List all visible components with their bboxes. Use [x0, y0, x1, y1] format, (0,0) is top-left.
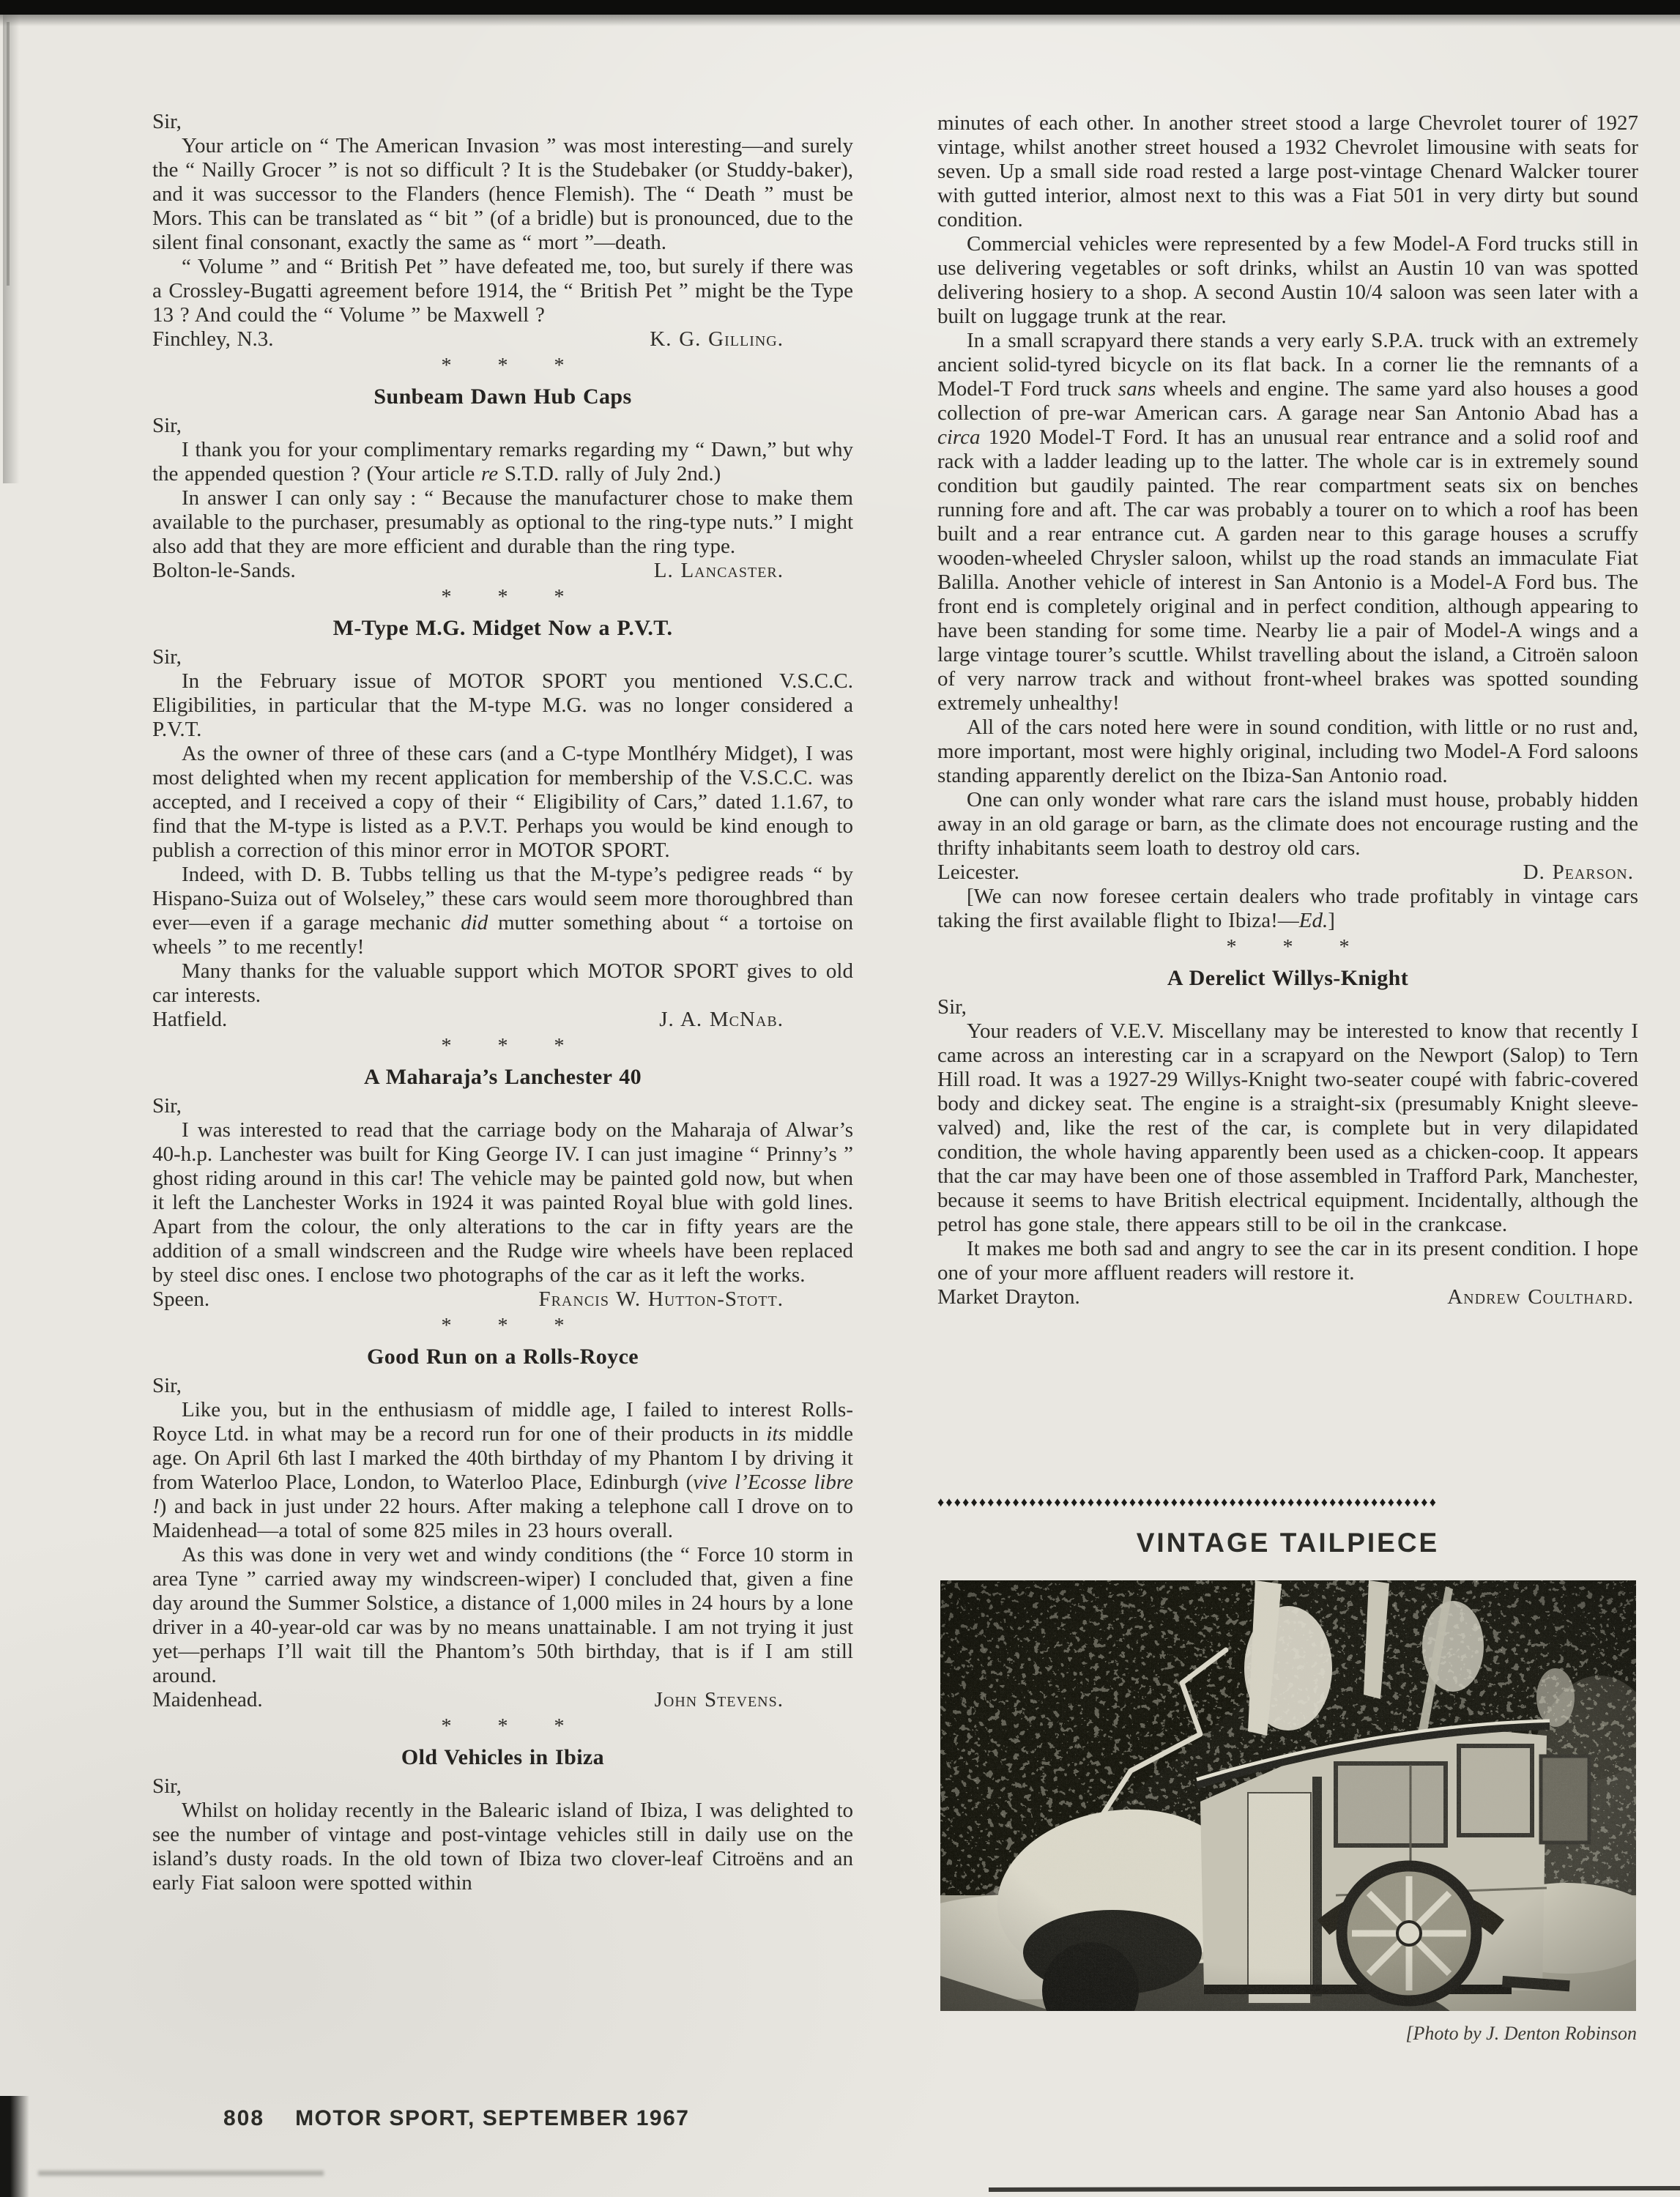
signature-place: Maidenhead.: [152, 1688, 263, 1712]
photo-vignette: [940, 1580, 1636, 2011]
signature-place: Market Drayton.: [937, 1285, 1080, 1309]
letter-paragraph: In the February issue of MOTOR SPORT you…: [152, 669, 853, 742]
salutation: Sir,: [152, 1374, 853, 1398]
letter-paragraph: In a small scrapyard there stands a very…: [937, 329, 1638, 715]
scan-bottom-streak: [38, 2171, 324, 2176]
stars-separator: * * *: [152, 1036, 853, 1057]
magazine-page: Sir, Your article on “ The American Inva…: [0, 0, 1680, 2197]
vintage-tailpiece-section: ♦♦♦♦♦♦♦♦♦♦♦♦♦♦♦♦♦♦♦♦♦♦♦♦♦♦♦♦♦♦♦♦♦♦♦♦♦♦♦♦…: [937, 1495, 1638, 2045]
stars-separator: * * *: [937, 937, 1638, 959]
letter-coulthard: A Derelict Willys-Knight Sir, Your reade…: [937, 966, 1638, 1309]
letter-paragraph: Your readers of V.E.V. Miscellany may be…: [937, 1019, 1638, 1237]
letter-heading: A Derelict Willys-Knight: [937, 966, 1638, 990]
letter-paragraph: Commercial vehicles were represented by …: [937, 232, 1638, 329]
letter-heading: M-Type M.G. Midget Now a P.V.T.: [152, 616, 853, 640]
signature-place: Finchley, N.3.: [152, 327, 274, 352]
letter-paragraph: I thank you for your complimentary remar…: [152, 438, 853, 486]
scan-bottom-right-line: [989, 2186, 1680, 2192]
salutation: Sir,: [152, 645, 853, 669]
signature-row: Bolton-le-Sands. L. Lancaster.: [152, 559, 853, 583]
letter-paragraph: Whilst on holiday recently in the Balear…: [152, 1799, 853, 1895]
letter-paragraph: I was interested to read that the carria…: [152, 1118, 853, 1287]
tailpiece-title: VINTAGE TAILPIECE: [937, 1528, 1638, 1558]
letter-paragraph: It makes me both sad and angry to see th…: [937, 1237, 1638, 1285]
signature-name: J. A. McNab.: [659, 1008, 784, 1032]
letter-heading: Sunbeam Dawn Hub Caps: [152, 384, 853, 409]
scan-top-bar-shadow: [0, 15, 1680, 26]
letter-ibiza-continuation: minutes of each other. In another street…: [937, 111, 1638, 933]
letter-mcnab: M-Type M.G. Midget Now a P.V.T. Sir, In …: [152, 616, 853, 1032]
letter-gilling: Sir, Your article on “ The American Inva…: [152, 110, 853, 352]
photo-caption: [Photo by J. Denton Robinson: [937, 2023, 1638, 2045]
stars-separator: * * *: [152, 1315, 853, 1337]
editor-note: [We can now foresee certain dealers who …: [937, 885, 1638, 933]
scan-top-bar: [0, 0, 1680, 15]
stars-separator: * * *: [152, 355, 853, 377]
letter-paragraph: “ Volume ” and “ British Pet ” have defe…: [152, 255, 853, 327]
letter-paragraph: As the owner of three of these cars (and…: [152, 742, 853, 863]
letter-paragraph: One can only wonder what rare cars the i…: [937, 788, 1638, 860]
letter-paragraph: minutes of each other. In another street…: [937, 111, 1638, 232]
salutation: Sir,: [937, 995, 1638, 1019]
magazine-title: MOTOR SPORT, SEPTEMBER 1967: [295, 2106, 689, 2131]
stars-separator: * * *: [152, 587, 853, 609]
signature-name: John Stevens.: [655, 1688, 784, 1712]
stars-separator: * * *: [152, 1716, 853, 1738]
signature-place: Speen.: [152, 1287, 209, 1312]
tailpiece-photo: [940, 1580, 1636, 2011]
letter-hutton-stott: A Maharaja’s Lanchester 40 Sir, I was in…: [152, 1065, 853, 1312]
signature-row: Speen. Francis W. Hutton-Stott.: [152, 1287, 853, 1312]
left-column: Sir, Your article on “ The American Inva…: [152, 110, 853, 1895]
salutation: Sir,: [152, 1094, 853, 1118]
page-number: 808: [223, 2106, 264, 2131]
signature-row: Finchley, N.3. K. G. Gilling.: [152, 327, 853, 352]
letter-paragraph: Indeed, with D. B. Tubbs telling us that…: [152, 863, 853, 959]
letter-paragraph: Like you, but in the enthusiasm of middl…: [152, 1398, 853, 1543]
signature-row: Leicester. D. Pearson.: [937, 860, 1638, 885]
signature-name: D. Pearson.: [1523, 860, 1634, 885]
letter-paragraph: Many thanks for the valuable support whi…: [152, 959, 853, 1008]
signature-name: L. Lancaster.: [654, 559, 784, 583]
right-column: minutes of each other. In another street…: [937, 111, 1638, 1309]
salutation: Sir,: [152, 1774, 853, 1799]
signature-row: Hatfield. J. A. McNab.: [152, 1008, 853, 1032]
letter-paragraph: Your article on “ The American Invasion …: [152, 134, 853, 255]
salutation: Sir,: [152, 110, 853, 134]
salutation: Sir,: [152, 414, 853, 438]
letter-paragraph: As this was done in very wet and windy c…: [152, 1543, 853, 1688]
scan-bottom-left-corner: [0, 2096, 29, 2197]
letter-paragraph: In answer I can only say : “ Because the…: [152, 486, 853, 559]
letter-ibiza-start: Old Vehicles in Ibiza Sir, Whilst on hol…: [152, 1745, 853, 1895]
signature-name: Francis W. Hutton-Stott.: [538, 1287, 784, 1312]
signature-place: Leicester.: [937, 860, 1019, 885]
letter-heading: A Maharaja’s Lanchester 40: [152, 1065, 853, 1089]
signature-place: Bolton-le-Sands.: [152, 559, 296, 583]
page-footer: 808 MOTOR SPORT, SEPTEMBER 1967: [223, 2106, 689, 2131]
diamond-separator: ♦♦♦♦♦♦♦♦♦♦♦♦♦♦♦♦♦♦♦♦♦♦♦♦♦♦♦♦♦♦♦♦♦♦♦♦♦♦♦♦…: [937, 1495, 1638, 1509]
letter-paragraph: All of the cars noted here were in sound…: [937, 715, 1638, 788]
letter-heading: Old Vehicles in Ibiza: [152, 1745, 853, 1769]
scan-left-edge-line: [7, 22, 10, 286]
signature-row: Market Drayton. Andrew Coulthard.: [937, 1285, 1638, 1309]
letter-stevens: Good Run on a Rolls-Royce Sir, Like you,…: [152, 1345, 853, 1712]
signature-place: Hatfield.: [152, 1008, 227, 1032]
signature-name: Andrew Coulthard.: [1447, 1285, 1634, 1309]
signature-row: Maidenhead. John Stevens.: [152, 1688, 853, 1712]
letter-lancaster: Sunbeam Dawn Hub Caps Sir, I thank you f…: [152, 384, 853, 583]
letter-heading: Good Run on a Rolls-Royce: [152, 1345, 853, 1369]
signature-name: K. G. Gilling.: [650, 327, 784, 352]
